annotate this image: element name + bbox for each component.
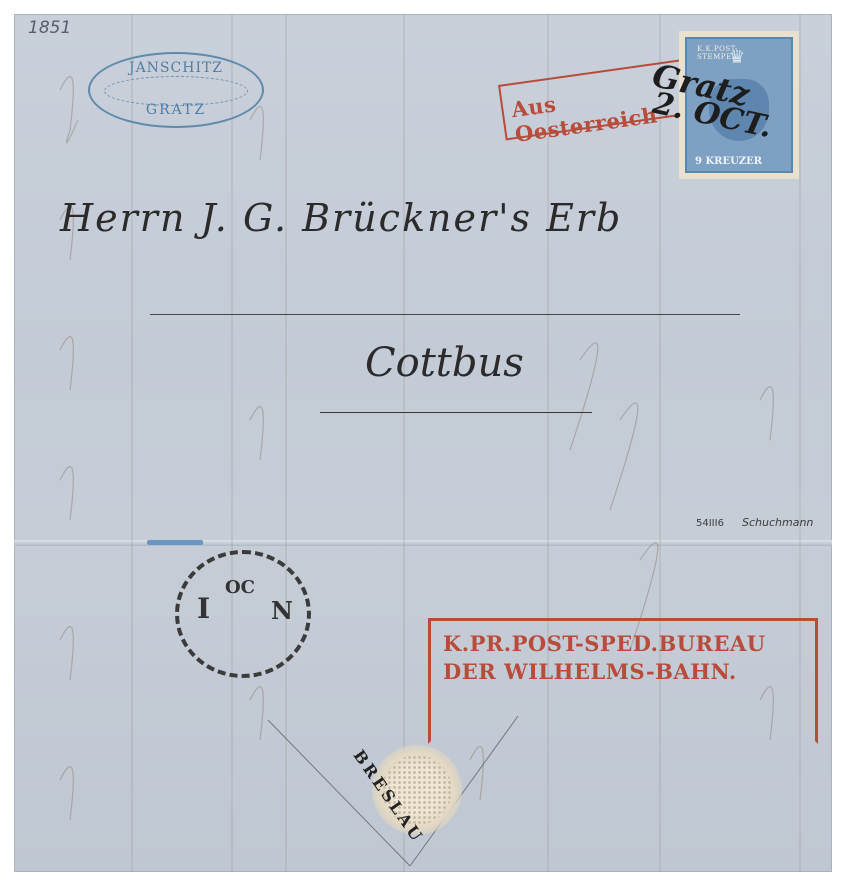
railway-line-2: DER WILHELMS-BAHN. (443, 659, 737, 684)
address-recipient: Herrn J. G. Brückner's Erb (60, 196, 622, 240)
address-underline-1 (150, 314, 740, 315)
crown-icon: ♛ (729, 47, 745, 68)
cachet-town: GRATZ (90, 102, 262, 118)
railway-line-1: K.PR.POST-SPED.BUREAU (443, 631, 766, 656)
catalog-annotation: 54III6 (696, 518, 724, 529)
circular-datestamp: I OC N (175, 550, 311, 678)
stamp-value: 9 KREUZER (695, 156, 762, 167)
expert-signature: Schuchmann (742, 516, 813, 529)
railway-bureau-handstamp: K.PR.POST-SPED.BUREAU DER WILHELMS-BAHN. (428, 618, 818, 744)
cachet-name: JANSCHITZ (90, 60, 262, 76)
sender-cachet: JANSCHITZ GRATZ (88, 52, 264, 128)
cds-right: N (271, 596, 293, 625)
address-underline-2 (320, 412, 592, 413)
year-annotation: 1851 (28, 18, 71, 38)
address-city: Cottbus (365, 340, 524, 386)
cds-middle: OC (225, 578, 255, 598)
blue-crayon-mark (147, 540, 203, 545)
cds-left: I (197, 592, 210, 625)
